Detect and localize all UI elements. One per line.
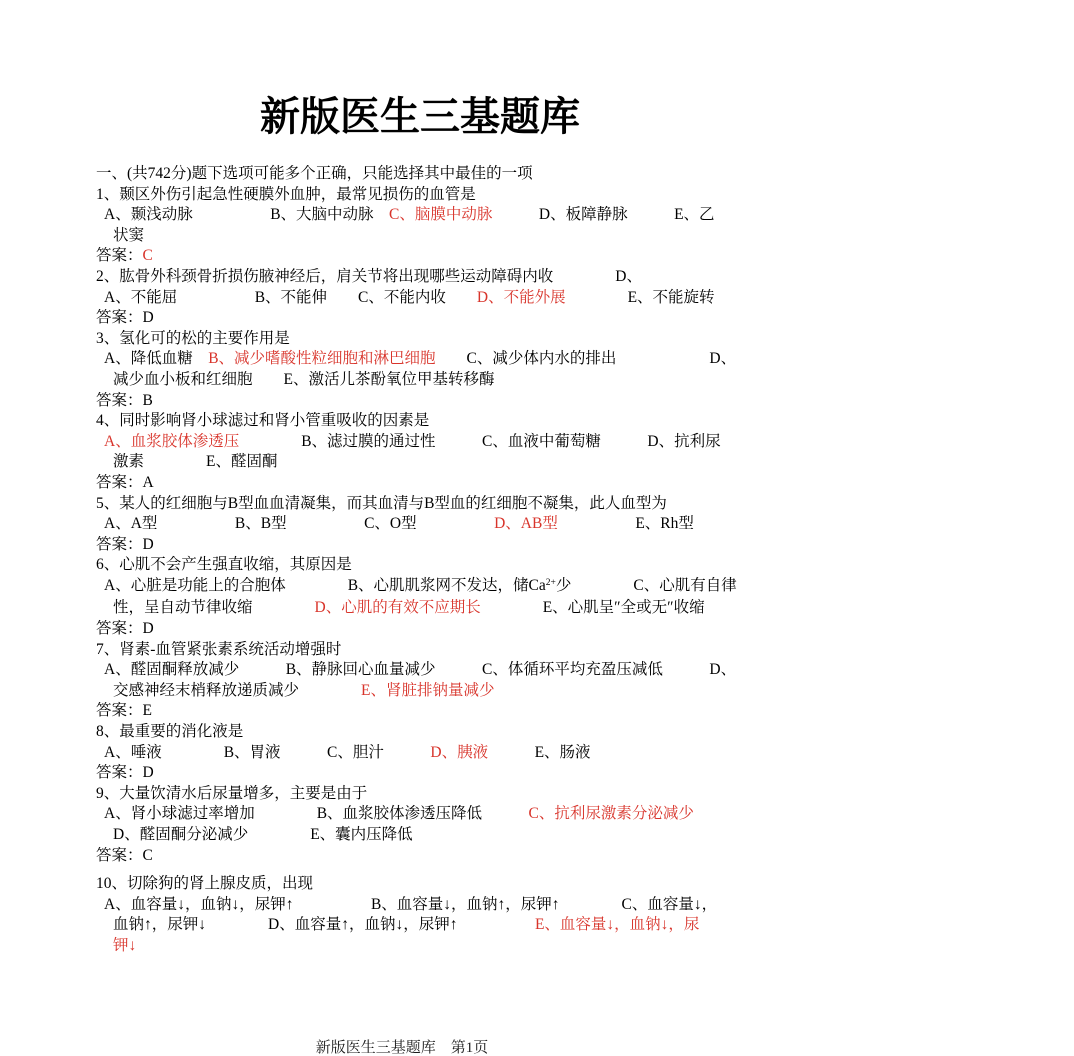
question-stem: 1、颞区外伤引起急性硬膜外血肿，最常见损伤的血管是	[96, 185, 756, 206]
text-segment: D、板障静脉 E、乙	[492, 206, 714, 223]
text-segment: E、心肌呈″全或无″收缩	[481, 599, 705, 616]
highlighted-answer-text: D、心肌的有效不应期长	[315, 599, 481, 616]
text-segment: 答案：	[96, 247, 143, 264]
text-segment: 答案：D	[96, 764, 154, 781]
text-segment: E、Rh型	[558, 515, 694, 532]
question-block: 4、同时影响肾小球滤过和肾小管重吸收的因素是A、血浆胶体渗透压 B、滤过膜的通过…	[96, 411, 756, 493]
options-line: A、颞浅动脉 B、大脑中动脉 C、脑膜中动脉 D、板障静脉 E、乙	[96, 205, 756, 226]
options-line: A、心脏是功能上的合胞体 B、心肌肌浆网不发达，储Ca2+少 C、心肌有自律	[96, 576, 756, 599]
options-line: A、醛固酮释放减少 B、静脉回心血量减少 C、体循环平均充盈压减低 D、	[96, 660, 756, 681]
highlighted-answer-text: 钾↓	[113, 937, 136, 954]
text-segment: 激素 E、醛固酮	[113, 453, 277, 470]
options-line-continued: 状窦	[96, 226, 756, 247]
superscript-text: 2+	[546, 578, 556, 588]
answer-line: 答案：A	[96, 473, 756, 494]
question-stem: 10、切除狗的肾上腺皮质，出现	[96, 874, 756, 895]
text-segment: 血钠↑，尿钾↓ D、血容量↑，血钠↓，尿钾↑	[113, 916, 535, 933]
text-segment: E、肠液	[488, 744, 590, 761]
question-block: 9、大量饮清水后尿量增多，主要是由于A、肾小球滤过率增加 B、血浆胶体渗透压降低…	[96, 784, 756, 866]
highlighted-answer-text: D、AB型	[494, 515, 558, 532]
question-block: 2、肱骨外科颈骨折损伤腋神经后，肩关节将出现哪些运动障碍内收 D、A、不能屈 B…	[96, 267, 756, 329]
highlighted-answer-text: A、血浆胶体渗透压	[104, 433, 239, 450]
section-header: 一、(共742分)题下选项可能多个正确，只能选择其中最佳的一项	[96, 164, 756, 185]
answer-line: 答案：D	[96, 619, 756, 640]
text-segment: 1、颞区外伤引起急性硬膜外血肿，最常见损伤的血管是	[96, 186, 476, 203]
text-segment: 状窦	[113, 227, 144, 244]
options-line-continued: 性，呈自动节律收缩 D、心肌的有效不应期长 E、心肌呈″全或无″收缩	[96, 598, 756, 619]
text-segment: A、血容量↓，血钠↓，尿钾↑ B、血容量↓，血钠↑，尿钾↑ C、血容量↓，	[104, 896, 717, 913]
text-segment: C、减少体内水的排出 D、	[436, 350, 737, 367]
highlighted-answer-text: E、肾脏排钠量减少	[361, 682, 494, 699]
highlighted-answer-text: C	[143, 247, 153, 264]
options-line-continued: 减少血小板和红细胞 E、激活儿茶酚氧位甲基转移酶	[96, 370, 756, 391]
options-line: A、唾液 B、胃液 C、胆汁 D、胰液 E、肠液	[96, 743, 756, 764]
answer-line: 答案：C	[96, 246, 756, 267]
text-segment: 减少血小板和红细胞 E、激活儿茶酚氧位甲基转移酶	[113, 371, 494, 388]
text-segment: A、醛固酮释放减少 B、静脉回心血量减少 C、体循环平均充盈压减低 D、	[104, 661, 736, 678]
question-stem: 5、某人的红细胞与B型血血清凝集，而其血清与B型血的红细胞不凝集，此人血型为	[96, 494, 756, 515]
question-stem: 8、最重要的消化液是	[96, 722, 756, 743]
answer-line: 答案：E	[96, 701, 756, 722]
question-block: 1、颞区外伤引起急性硬膜外血肿，最常见损伤的血管是A、颞浅动脉 B、大脑中动脉 …	[96, 185, 756, 267]
text-segment: A、不能屈 B、不能伸 C、不能内收	[104, 289, 477, 306]
page-footer: 新版医生三基题库 第1页	[96, 1038, 708, 1056]
text-segment: 交感神经末梢释放递质减少	[113, 682, 361, 699]
options-line: A、血浆胶体渗透压 B、滤过膜的通过性 C、血液中葡萄糖 D、抗利尿	[96, 432, 756, 453]
question-block: 7、肾素-血管紧张素系统活动增强时A、醛固酮释放减少 B、静脉回心血量减少 C、…	[96, 640, 756, 722]
highlighted-answer-text: C、脑膜中动脉	[389, 206, 492, 223]
question-block: 6、心肌不会产生强直收缩，其原因是A、心脏是功能上的合胞体 B、心肌肌浆网不发达…	[96, 555, 756, 639]
text-segment: 6、心肌不会产生强直收缩，其原因是	[96, 556, 352, 573]
answer-line: 答案：C	[96, 846, 756, 867]
question-list: 1、颞区外伤引起急性硬膜外血肿，最常见损伤的血管是A、颞浅动脉 B、大脑中动脉 …	[96, 185, 756, 957]
text-segment: D、醛固酮分泌减少 E、囊内压降低	[113, 826, 413, 843]
question-block: 8、最重要的消化液是A、唾液 B、胃液 C、胆汁 D、胰液 E、肠液答案：D	[96, 722, 756, 784]
options-line: A、肾小球滤过率增加 B、血浆胶体渗透压降低 C、抗利尿激素分泌减少	[96, 804, 756, 825]
options-line-continued: D、醛固酮分泌减少 E、囊内压降低	[96, 825, 756, 846]
text-segment: 答案：D	[96, 620, 154, 637]
options-line: A、A型 B、B型 C、O型 D、AB型 E、Rh型	[96, 514, 756, 535]
options-line: A、血容量↓，血钠↓，尿钾↑ B、血容量↓，血钠↑，尿钾↑ C、血容量↓，	[96, 895, 756, 916]
text-segment: 4、同时影响肾小球滤过和肾小管重吸收的因素是	[96, 412, 429, 429]
text-segment: 性，呈自动节律收缩	[113, 599, 315, 616]
text-segment: B、滤过膜的通过性 C、血液中葡萄糖 D、抗利尿	[239, 433, 720, 450]
question-stem: 9、大量饮清水后尿量增多，主要是由于	[96, 784, 756, 805]
text-segment: 答案：B	[96, 392, 153, 409]
text-segment: 2、肱骨外科颈骨折损伤腋神经后，肩关节将出现哪些运动障碍内收 D、	[96, 268, 642, 285]
text-segment: 答案：A	[96, 474, 154, 491]
options-line-continued: 激素 E、醛固酮	[96, 452, 756, 473]
answer-line: 答案：D	[96, 308, 756, 329]
text-segment: 8、最重要的消化液是	[96, 723, 243, 740]
answer-line: 答案：D	[96, 763, 756, 784]
text-segment: 5、某人的红细胞与B型血血清凝集，而其血清与B型血的红细胞不凝集，此人血型为	[96, 495, 667, 512]
answer-line: 答案：B	[96, 391, 756, 412]
text-segment: A、唾液 B、胃液 C、胆汁	[104, 744, 430, 761]
text-segment: 少 C、心肌有自律	[556, 577, 737, 594]
text-segment: 3、氢化可的松的主要作用是	[96, 330, 290, 347]
question-block: 3、氢化可的松的主要作用是A、降低血糖 B、减少嗜酸性粒细胞和淋巴细胞 C、减少…	[96, 329, 756, 411]
text-segment: 答案：C	[96, 847, 153, 864]
text-segment: 7、肾素-血管紧张素系统活动增强时	[96, 641, 341, 658]
highlighted-answer-text: D、不能外展	[477, 289, 566, 306]
text-segment: A、肾小球滤过率增加 B、血浆胶体渗透压降低	[104, 805, 529, 822]
page-title: 新版医生三基题库	[96, 92, 744, 142]
text-segment: A、降低血糖	[104, 350, 208, 367]
text-segment: A、心脏是功能上的合胞体 B、心肌肌浆网不发达，储Ca	[104, 577, 546, 594]
options-line-continued: 交感神经末梢释放递质减少 E、肾脏排钠量减少	[96, 681, 756, 702]
highlighted-answer-text: C、抗利尿激素分泌减少	[529, 805, 694, 822]
text-segment: 9、大量饮清水后尿量增多，主要是由于	[96, 785, 367, 802]
text-segment: 10、切除狗的肾上腺皮质，出现	[96, 875, 313, 892]
answer-line: 答案：D	[96, 535, 756, 556]
text-segment: A、A型 B、B型 C、O型	[104, 515, 494, 532]
highlighted-answer-text: E、血容量↓，血钠↓，尿	[535, 916, 699, 933]
question-stem: 7、肾素-血管紧张素系统活动增强时	[96, 640, 756, 661]
text-segment: E、不能旋转	[566, 289, 715, 306]
question-stem: 2、肱骨外科颈骨折损伤腋神经后，肩关节将出现哪些运动障碍内收 D、	[96, 267, 756, 288]
text-segment: 答案：D	[96, 309, 154, 326]
text-segment: 答案：E	[96, 702, 152, 719]
text-segment: 答案：D	[96, 536, 154, 553]
question-block: 10、切除狗的肾上腺皮质，出现A、血容量↓，血钠↓，尿钾↑ B、血容量↓，血钠↑…	[96, 874, 756, 956]
question-stem: 4、同时影响肾小球滤过和肾小管重吸收的因素是	[96, 411, 756, 432]
options-line-continued: 血钠↑，尿钾↓ D、血容量↑，血钠↓，尿钾↑ E、血容量↓，血钠↓，尿	[96, 915, 756, 936]
highlighted-answer-text: D、胰液	[430, 744, 488, 761]
question-stem: 3、氢化可的松的主要作用是	[96, 329, 756, 350]
options-line: A、不能屈 B、不能伸 C、不能内收 D、不能外展 E、不能旋转	[96, 288, 756, 309]
text-segment: A、颞浅动脉 B、大脑中动脉	[104, 206, 389, 223]
document-page: 新版医生三基题库 一、(共742分)题下选项可能多个正确，只能选择其中最佳的一项…	[0, 0, 1074, 1056]
options-line-continued: 钾↓	[96, 936, 756, 957]
options-line: A、降低血糖 B、减少嗜酸性粒细胞和淋巴细胞 C、减少体内水的排出 D、	[96, 349, 756, 370]
document-body: 一、(共742分)题下选项可能多个正确，只能选择其中最佳的一项 1、颞区外伤引起…	[96, 164, 756, 957]
highlighted-answer-text: B、减少嗜酸性粒细胞和淋巴细胞	[208, 350, 435, 367]
question-block: 5、某人的红细胞与B型血血清凝集，而其血清与B型血的红细胞不凝集，此人血型为A、…	[96, 494, 756, 556]
question-stem: 6、心肌不会产生强直收缩，其原因是	[96, 555, 756, 576]
